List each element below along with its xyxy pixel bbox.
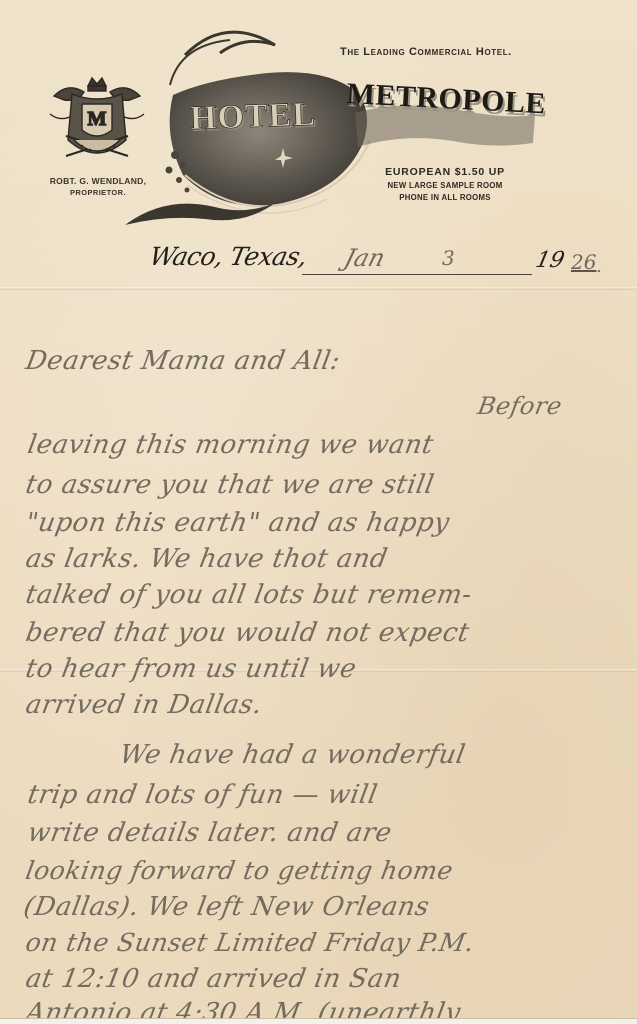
- salutation: Dearest Mama and All:: [23, 346, 342, 376]
- fold-line: [0, 287, 637, 290]
- city-location: Waco, Texas,: [147, 242, 310, 271]
- rates-block: EUROPEAN $1.50 UP NEW LARGE SAMPLE ROOM …: [362, 166, 528, 202]
- letter-line: looking forward to getting home: [23, 856, 455, 885]
- date-period: .: [596, 256, 602, 277]
- svg-text:M: M: [88, 108, 107, 130]
- hotel-word: HOTEL: [189, 96, 316, 137]
- letter-line: "upon this earth" and as happy: [23, 508, 452, 538]
- letter-line: at 12:10 and arrived in San: [23, 964, 403, 994]
- letter-line: trip and lots of fun — will: [25, 780, 379, 810]
- hotel-logo-ornament-icon: [125, 25, 535, 240]
- amenity-sample-room: NEW LARGE SAMPLE ROOM: [362, 181, 528, 190]
- letter-line: talked of you all lots but remem-: [23, 580, 474, 610]
- year-prefix: 19: [533, 248, 566, 273]
- page-bottom-edge: [0, 1018, 637, 1024]
- date-rule: [302, 274, 532, 275]
- dateline: Waco, Texas, Jan 3 19 26 .: [150, 242, 610, 282]
- letter-line: to hear from us until we: [23, 654, 358, 684]
- date-month: Jan: [341, 244, 388, 272]
- letter-line: bered that you would not expect: [23, 618, 471, 648]
- letter-line: as larks. We have thot and: [23, 544, 390, 574]
- letter-line: on the Sunset Limited Friday P.M.: [23, 928, 476, 957]
- letter-line: (Dallas). We left New Orleans: [21, 892, 431, 922]
- date-day: 3: [442, 246, 455, 270]
- letter-line: arrived in Dallas.: [23, 690, 264, 720]
- amenity-phone: PHONE IN ALL ROOMS: [362, 193, 528, 202]
- hotel-name-wordmark: HOTEL METROPOLE: [189, 96, 316, 138]
- room-rate: EUROPEAN $1.50 UP: [362, 166, 528, 178]
- letter-line: write details later. and are: [25, 818, 394, 848]
- letter-line: Before: [476, 392, 565, 420]
- letter-line: We have had a wonderful: [117, 740, 467, 770]
- letter-page: The Leading Commercial Hotel. M ROBT. G.…: [0, 0, 637, 1018]
- letter-line: Antonio at 4:30 A.M. (unearthly: [23, 998, 463, 1018]
- letter-line: leaving this morning we want: [25, 430, 436, 460]
- year-suffix: 26: [571, 250, 596, 274]
- letter-line: to assure you that we are still: [23, 470, 436, 500]
